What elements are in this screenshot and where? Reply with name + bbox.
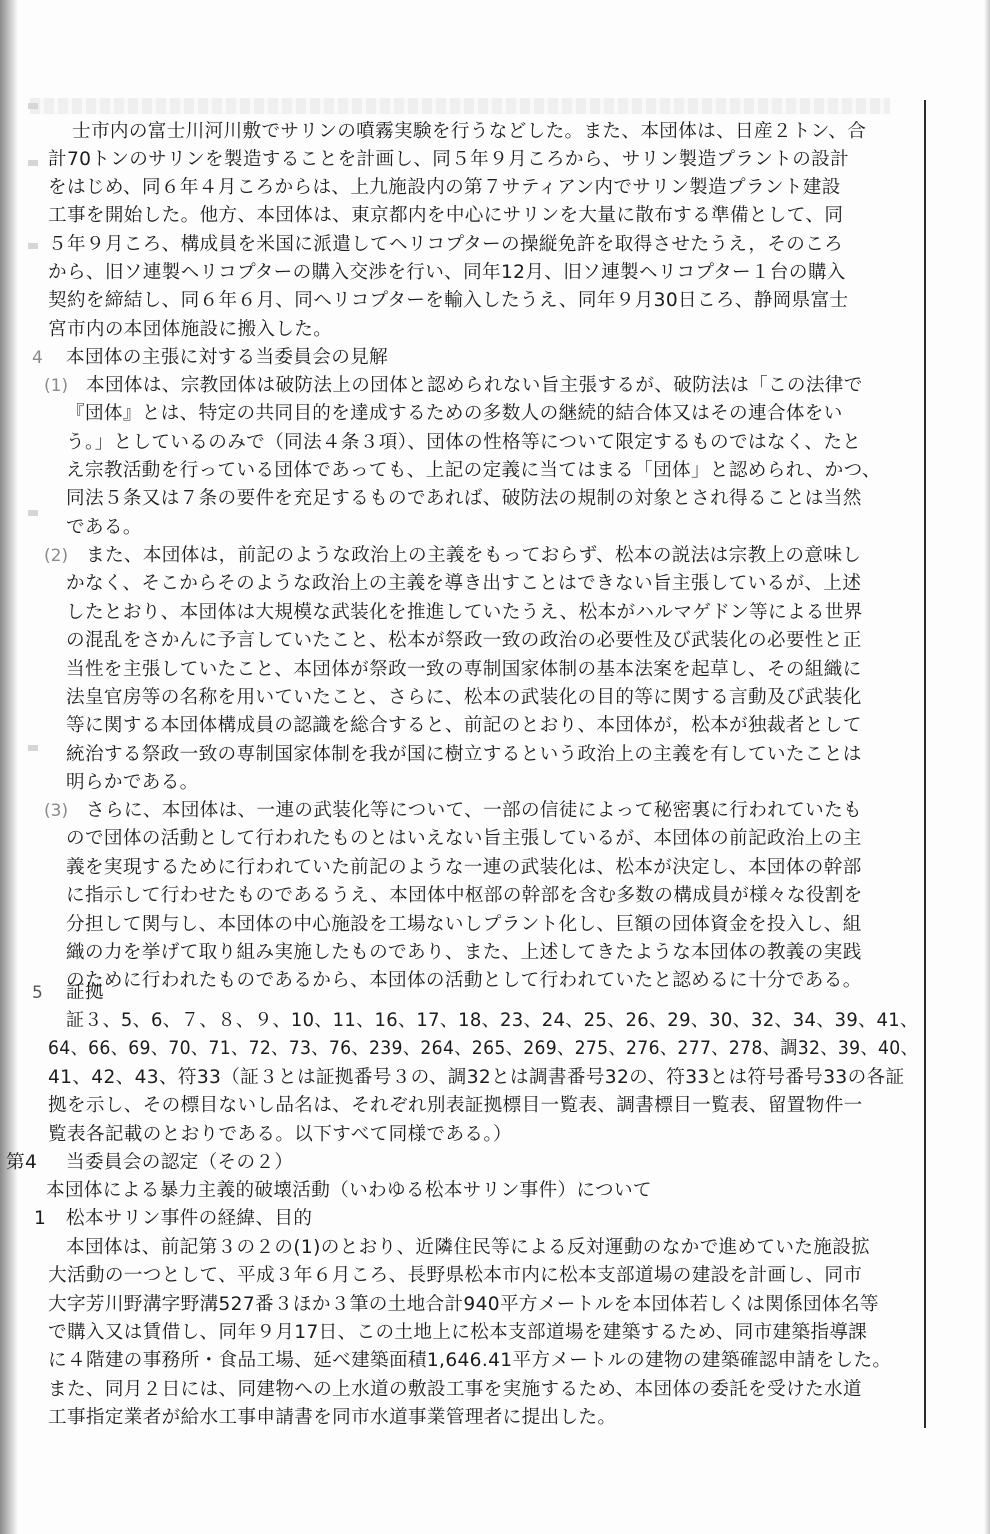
item-number: (3) [44,801,68,821]
text-line: う。」としているのみで（同法４条３項）、団体の性格等について限定するものではなく… [66,431,861,455]
evidence-line: 証３、5、6、７、８、９、10、11、16、17、18、23、24、25、26、… [66,1009,918,1033]
item-number: 1 [34,1207,46,1231]
margin-mark [28,160,38,166]
section-number: 4 [32,348,43,368]
margin-mark [28,745,38,751]
evidence-line: 拠を示し、その標目ないし品名は、それぞれ別表証拠標目一覧表、調書標目一覧表、留置… [48,1094,863,1118]
section-heading: 証拠 [66,981,104,1005]
text-line: 本団体は、宗教団体は破防法上の団体と認められない旨主張するが、破防法は「この法律… [86,374,863,398]
text-line: に指示して行わせたものであるうえ、本団体中枢部の幹部を含む多数の構成員が様々な役… [66,884,863,908]
margin-rule [924,100,926,1428]
text-line: のために行われたものであるから、本団体の活動として行われていたと認めるに十分であ… [66,969,862,993]
text-line: 大字芳川野溝字野溝527番３ほか３筆の土地合計940平方メートルを本団体若しくは… [48,1293,879,1317]
text-line: かなく、そこからそのような政治上の主義を導き出すことはできない旨主張しているが、… [66,572,861,596]
text-line: 契約を締結し、同６年６月、同ヘリコプターを輸入したうえ、同年９月30日ころ、静岡… [48,289,849,313]
text-line: から、旧ソ連製ヘリコプターの購入交渉を行い、同年12月、旧ソ連製ヘリコプター１台… [48,261,846,285]
text-line: ので団体の活動として行われたものとはいえない旨主張しているが、本団体の前記政治上… [66,827,862,851]
text-line: をはじめ、同６年４月ころからは、上九施設内の第７サティアン内でサリン製造プラント… [48,176,841,200]
text-line: したとおり、本団体は大規模な武装化を推進していたうえ、松本がハルマゲドン等による… [66,601,863,625]
margin-mark [28,243,38,249]
text-line: 明らかである。 [66,771,199,795]
text-line: 統治する祭政一致の専制国家体制を我が国に樹立するという政治上の主義を有していたこ… [66,743,862,767]
section-number: 5 [32,983,43,1003]
text-line: 士市内の富士川河川敷でサリンの噴霧実験を行うなどした。また、本団体は、日産２トン… [72,120,866,144]
text-line: の混乱をさかんに予言していたこと、松本が祭政一致の政治の必要性及び武装化の必要性… [66,629,862,653]
text-line: 分担して関与し、本団体の中心施設を工場ないしプラント化し、巨額の団体資金を投入し… [66,913,862,937]
text-line: 織の力を挙げて取り組み実施したものであり、また、上述してきたような本団体の教義の… [66,941,862,965]
text-line: である。 [66,516,142,540]
text-line: また、本団体は，前記のような政治上の主義をもっておらず、松本の説法は宗教上の意味… [86,544,861,568]
text-line: 本団体は、前記第３の２の(1)のとおり、近隣住民等による反対運動のなかで進めてい… [66,1236,870,1260]
text-line: ５年９月ころ、構成員を米国に派遣してヘリコプターの操縦免許を取得させたうえ，その… [48,233,843,257]
margin-mark [28,103,38,109]
text-line: 等に関する本団体構成員の認識を総合すると、前記のとおり、本団体が，松本が独裁者と… [66,714,862,738]
text-line: に４階建の事務所・食品工場、延べ建築面積1,646.41平方メートルの建物の建築… [48,1349,891,1373]
text-line: え宗教活動を行っている団体であっても、上記の定義に当てはまる「団体」と認められ、… [66,459,881,483]
text-line: 宮市内の本団体施設に搬入した。 [48,318,332,342]
text-line: 法皇官房等の名称を用いていたこと、さらに、松本の武装化の目的等に関する言動及び武… [66,686,862,710]
text-line: また、同月２日には、同建物への上水道の敷設工事を実施するため、本団体の委託を受け… [48,1378,862,1402]
text-line: 工事を開始した。他方、本団体は、東京都内を中心にサリンを大量に散布する準備として… [48,204,843,228]
scan-right-edge [984,0,990,1534]
part-heading: 当委員会の認定（その２） [66,1151,293,1175]
text-line: 義を実現するために行われていた前記のような一連の武装化は、松本が決定し、本団体の… [66,856,862,880]
item-number: (2) [44,546,68,566]
scan-binding-shadow [0,0,18,1534]
evidence-line: 覧表各記載のとおりである。以下すべて同様である。） [48,1123,512,1147]
text-line: 工事指定業者が給水工事申請書を同市水道事業管理者に提出した。 [48,1406,616,1430]
section-heading: 本団体の主張に対する当委員会の見解 [66,346,388,370]
text-line: 『団体』とは、特定の共同目的を達成するための多数人の継続的結合体又はその連合体を… [66,402,843,426]
show-through-text [30,98,890,114]
item-heading: 松本サリン事件の経緯、目的 [66,1207,312,1231]
text-line: 同法５条又は７条の要件を充足するものであれば、破防法の規制の対象とされ得ることは… [66,487,862,511]
text-line: 当性を主張していたこと、本団体が祭政一致の専制国家体制の基本法案を起草し、その組… [66,658,862,682]
part-subheading: 本団体による暴力主義的破壊活動（いわゆる松本サリン事件）について [46,1179,652,1203]
evidence-line: 41、42、43、符33（証３とは証拠番号３の、調32とは調書番号32の、符33… [48,1066,904,1090]
evidence-line: 64、66、69、70、71、72、73、76、239、264、265、269、… [48,1037,918,1061]
margin-mark [28,510,38,516]
text-line: 計70トンのサリンを製造することを計画し、同５年９月ころから、サリン製造プラント… [48,148,849,172]
text-line: さらに、本団体は、一連の武装化等について、一部の信徒によって秘密裏に行われていた… [86,799,862,823]
text-line: で購入又は賃借し、同年９月17日、この土地上に松本支部道場を建築するため、同市建… [48,1321,867,1345]
text-line: 大活動の一つとして、平成３年６月ころ、長野県松本市内に松本支部道場の建設を計画し… [48,1264,862,1288]
part-number: 第4 [6,1151,37,1175]
item-number: (1) [44,376,68,396]
